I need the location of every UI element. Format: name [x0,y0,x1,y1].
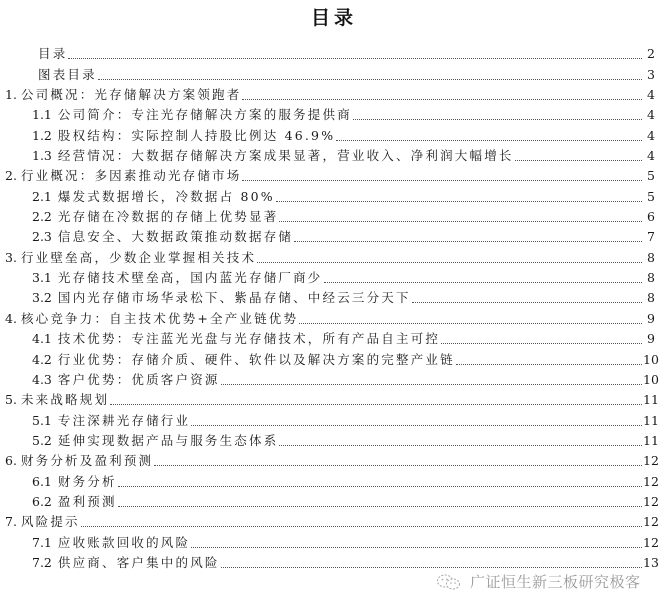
toc-entry-title: 股权结构：实际控制人持股比例达 46.9% [58,128,335,143]
toc-entry-7-2[interactable]: 7.2供应商、客户集中的风险 13 [0,551,668,571]
toc-entry-4[interactable]: 4.核心竞争力：自主技术优势+全产业链优势 9 [0,306,668,326]
dot-leader [221,384,642,385]
toc-entry-number: 4.2 [32,352,52,367]
toc-entry-title: 财务分析 [58,474,117,489]
toc-entry-4-3[interactable]: 4.3客户优势：优质客户资源 10 [0,368,668,388]
toc-entry-number: 2.3 [32,229,52,244]
toc-entry-2-2[interactable]: 2.2光存储在冷数据的存储上优势显著 6 [0,205,668,225]
toc-entry-page: 2 [643,46,655,62]
toc-entry-title: 行业壁垒高，少数企业掌握相关技术 [21,250,256,265]
toc-entry-title: 客户优势：优质客户资源 [58,372,220,387]
toc-entry-title: 公司概况：光存储解决方案领跑者 [21,87,242,102]
toc-entry-7-1[interactable]: 7.1应收账款回收的风险 12 [0,530,668,550]
toc-entry-text: 图表目录 [38,67,98,83]
toc-entry-title: 图表目录 [38,67,97,82]
toc-entry-4-2[interactable]: 4.2行业优势：存储介质、硬件、软件以及解决方案的完整产业链 10 [0,347,668,367]
toc-entry-page: 5 [643,189,655,205]
toc-entry-page: 8 [643,270,655,286]
toc-entry-text: 7.风险提示 [5,514,81,530]
toc-entry-number: 5.1 [32,413,52,428]
toc-entry-page: 5 [643,168,655,184]
toc-entry-text: 3.1光存储技术壁垒高，国内蓝光存储厂商少 [32,270,324,286]
toc-entry-page: 10 [643,352,655,368]
toc-entry-title: 行业概况：多因素推动光存储市场 [21,168,242,183]
toc-entry-page: 12 [643,535,655,551]
toc-entry-title: 国内光存储市场华录松下、紫晶存储、中经云三分天下 [58,290,411,305]
dot-leader [81,526,642,527]
toc-entry-title: 信息安全、大数据政策推动数据存储 [58,229,293,244]
toc-entry-figures[interactable]: 图表目录 3 [0,62,668,82]
toc-entry-title: 经营情况：大数据存储解决方案成果显著，营业收入、净利润大幅增长 [58,148,514,163]
toc-entry-number: 1. [5,87,17,102]
toc-entry-title: 目录 [38,46,67,61]
dot-leader [353,119,642,120]
toc-entry-title: 核心竞争力：自主技术优势+全产业链优势 [21,311,298,326]
toc-entry-page: 12 [643,514,655,530]
toc-entry-text: 1.1公司简介：专注光存储解决方案的服务提供商 [32,107,353,123]
toc-entry-page: 10 [643,372,655,388]
toc-entry-5-1[interactable]: 5.1专注深耕光存储行业 11 [0,408,668,428]
toc-entry-text: 1.公司概况：光存储解决方案领跑者 [5,87,242,103]
toc-entry-text: 4.核心竞争力：自主技术优势+全产业链优势 [5,311,299,327]
toc-entry-text: 7.1应收账款回收的风险 [32,535,191,551]
dot-leader [110,404,642,405]
dot-leader [279,221,642,222]
toc-entry-number: 2.2 [32,209,52,224]
toc-entry-text: 3.行业壁垒高，少数企业掌握相关技术 [5,250,257,266]
toc-entry-title: 风险提示 [21,514,80,529]
toc-entry-title: 光存储在冷数据的存储上优势显著 [58,209,279,224]
toc-entry-number: 7.1 [32,535,52,550]
toc-entry-text: 2.2光存储在冷数据的存储上优势显著 [32,209,279,225]
dot-leader [191,547,642,548]
toc-entry-text: 6.财务分析及盈利预测 [5,453,154,469]
toc-entry-text: 2.3信息安全、大数据政策推动数据存储 [32,229,294,245]
toc-entry-text: 3.2国内光存储市场华录松下、紫晶存储、中经云三分天下 [32,290,412,306]
dot-leader [276,201,642,202]
dot-leader [242,180,642,181]
wechat-icon [436,573,462,591]
dot-leader [221,567,642,568]
toc-entry-page: 7 [643,229,655,245]
toc-entry-page: 13 [643,555,655,571]
dot-leader [118,486,642,487]
toc-entry-text: 6.1财务分析 [32,474,118,490]
dot-leader [279,445,642,446]
toc-entry-text: 1.2股权结构：实际控制人持股比例达 46.9% [32,128,336,144]
toc-entry-5[interactable]: 5.未来战略规划 11 [0,388,668,408]
dot-leader [118,506,642,507]
toc-entry-page: 8 [643,250,655,266]
toc-entry-page: 3 [643,67,655,83]
toc-entry-title: 延伸实现数据产品与服务生态体系 [58,433,279,448]
dot-leader [68,58,642,59]
toc-entry-title: 应收账款回收的风险 [58,535,190,550]
toc-entry-text: 6.2盈利预测 [32,494,118,510]
dot-leader [257,262,642,263]
dot-leader [98,79,642,80]
toc-entry-6[interactable]: 6.财务分析及盈利预测 12 [0,449,668,469]
toc-entry-3-1[interactable]: 3.1光存储技术壁垒高，国内蓝光存储厂商少 8 [0,266,668,286]
toc-entry-page: 4 [643,148,655,164]
toc-entry-text: 5.1专注深耕光存储行业 [32,413,191,429]
toc-entry-3-2[interactable]: 3.2国内光存储市场华录松下、紫晶存储、中经云三分天下 8 [0,286,668,306]
toc-entry-text: 4.1技术优势：专注蓝光光盘与光存储技术，所有产品自主可控 [32,331,441,347]
toc-entry-number: 3.2 [32,290,52,305]
toc-entry-2-3[interactable]: 2.3信息安全、大数据政策推动数据存储 7 [0,225,668,245]
toc-entry-number: 6. [5,453,17,468]
toc-entry-text: 2.1爆发式数据增长，冷数据占 80% [32,189,276,205]
dot-leader [324,282,643,283]
toc-entry-number: 7.2 [32,555,52,570]
dot-leader [412,302,642,303]
toc-entry-number: 6.1 [32,474,52,489]
watermark: 广证恒生新三板研究极客 [436,571,641,592]
toc-entry-1-3[interactable]: 1.3经营情况：大数据存储解决方案成果显著，营业收入、净利润大幅增长 4 [0,144,668,164]
toc-entry-4-1[interactable]: 4.1技术优势：专注蓝光光盘与光存储技术，所有产品自主可控 9 [0,327,668,347]
toc-entry-number: 1.3 [32,148,52,163]
toc-entry-5-2[interactable]: 5.2延伸实现数据产品与服务生态体系 11 [0,429,668,449]
dot-leader [154,465,642,466]
toc-title: 目录 [0,4,668,32]
dot-leader [294,241,642,242]
toc-entry-page: 12 [643,494,655,510]
toc-entry-page: 11 [643,433,655,449]
toc-entry-page: 12 [643,474,655,490]
toc-entry-page: 11 [643,413,655,429]
toc-entry-number: 4.3 [32,372,52,387]
toc-entry-title: 未来战略规划 [21,392,109,407]
toc-entry-text: 2.行业概况：多因素推动光存储市场 [5,168,242,184]
toc-entry-title: 公司简介：专注光存储解决方案的服务提供商 [58,107,352,122]
dot-leader [441,343,642,344]
toc-entry-6-1[interactable]: 6.1财务分析 12 [0,469,668,489]
toc-entry-page: 12 [643,453,655,469]
toc-entry-page: 9 [643,331,655,347]
dot-leader [515,160,642,161]
toc-entry-7[interactable]: 7.风险提示 12 [0,510,668,530]
toc-entry-title: 专注深耕光存储行业 [58,413,190,428]
dot-leader [299,323,642,324]
toc-entry-page: 4 [643,107,655,123]
toc-entry-1-2[interactable]: 1.2股权结构：实际控制人持股比例达 46.9% 4 [0,123,668,143]
toc-entry-title: 财务分析及盈利预测 [21,453,153,468]
toc-entry-contents[interactable]: 目录 2 [0,42,668,62]
toc-entry-title: 盈利预测 [58,494,117,509]
toc-entry-text: 4.2行业优势：存储介质、硬件、软件以及解决方案的完整产业链 [32,352,456,368]
toc-entry-2-1[interactable]: 2.1爆发式数据增长，冷数据占 80% 5 [0,184,668,204]
dot-leader [242,99,642,100]
toc-entry-3[interactable]: 3.行业壁垒高，少数企业掌握相关技术 8 [0,245,668,265]
toc-entry-text: 5.未来战略规划 [5,392,110,408]
toc-entry-title: 爆发式数据增长，冷数据占 80% [58,189,275,204]
toc-entry-title: 光存储技术壁垒高，国内蓝光存储厂商少 [58,270,323,285]
toc-entry-title: 行业优势：存储介质、硬件、软件以及解决方案的完整产业链 [58,352,455,367]
toc-entry-number: 1.1 [32,107,52,122]
toc-list: 目录 2 图表目录 3 1.公司概况：光存储解决方案领跑者 4 1.1公司简介：… [0,42,668,571]
toc-entry-number: 3. [5,250,17,265]
watermark-text: 广证恒生新三板研究极客 [470,571,641,592]
toc-entry-6-2[interactable]: 6.2盈利预测 12 [0,490,668,510]
toc-entry-page: 6 [643,209,655,225]
toc-entry-2[interactable]: 2.行业概况：多因素推动光存储市场 5 [0,164,668,184]
toc-entry-text: 7.2供应商、客户集中的风险 [32,555,221,571]
dot-leader [191,425,642,426]
toc-entry-1-1[interactable]: 1.1公司简介：专注光存储解决方案的服务提供商 4 [0,103,668,123]
toc-entry-number: 3.1 [32,270,52,285]
toc-entry-page: 11 [643,392,655,408]
dot-leader [456,364,642,365]
toc-entry-text: 5.2延伸实现数据产品与服务生态体系 [32,433,279,449]
toc-entry-page: 8 [643,290,655,306]
toc-entry-number: 2. [5,168,17,183]
toc-entry-number: 1.2 [32,128,52,143]
toc-entry-page: 9 [643,311,655,327]
toc-entry-number: 5.2 [32,433,52,448]
toc-entry-number: 6.2 [32,494,52,509]
toc-entry-number: 2.1 [32,189,52,204]
toc-entry-page: 4 [643,87,655,103]
toc-entry-title: 技术优势：专注蓝光光盘与光存储技术，所有产品自主可控 [58,331,440,346]
toc-entry-number: 4. [5,311,17,326]
toc-entry-number: 7. [5,514,17,529]
toc-entry-text: 目录 [38,46,68,62]
toc-entry-number: 4.1 [32,331,52,346]
toc-entry-number: 5. [5,392,17,407]
dot-leader [336,140,642,141]
toc-entry-page: 4 [643,128,655,144]
toc-entry-text: 1.3经营情况：大数据存储解决方案成果显著，营业收入、净利润大幅增长 [32,148,515,164]
toc-entry-1[interactable]: 1.公司概况：光存储解决方案领跑者 4 [0,83,668,103]
toc-entry-text: 4.3客户优势：优质客户资源 [32,372,221,388]
toc-entry-title: 供应商、客户集中的风险 [58,555,220,570]
